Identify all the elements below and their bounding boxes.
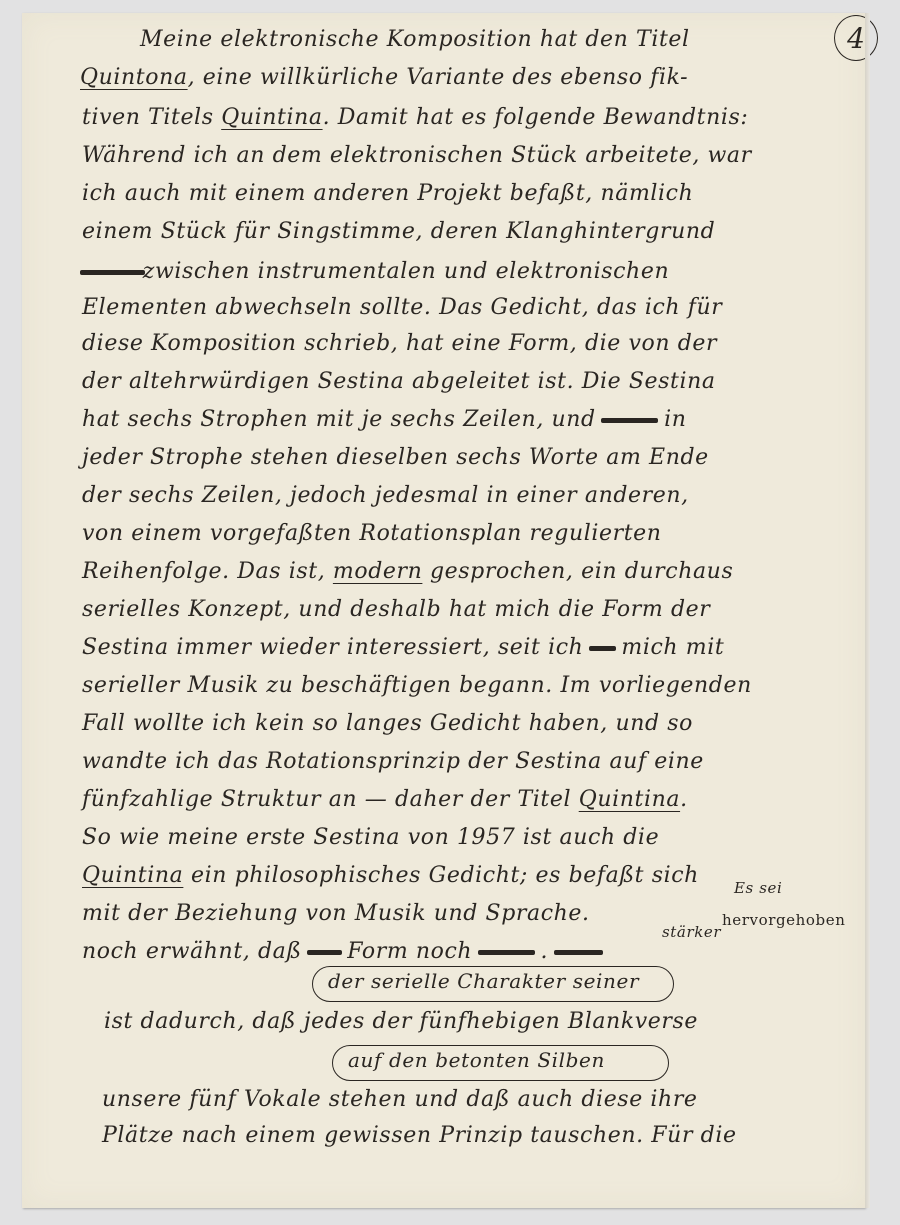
text-line: Quintina ein philosophisches Gedicht; es…: [82, 863, 699, 888]
text-line: Während ich an dem elektronischen Stück …: [82, 143, 752, 168]
struck-word: [603, 407, 656, 432]
insertion-loop-text: der serielle Charakter seiner: [328, 969, 639, 993]
text-line: fünfzahlige Struktur an — daher der Tite…: [82, 787, 688, 812]
text-line: Sestina immer wieder interessiert, seit …: [82, 635, 724, 660]
text-line-rest: , eine willkürliche Variante des ebenso …: [188, 65, 689, 90]
text-line: So wie meine erste Sestina von 1957 ist …: [82, 825, 659, 850]
text-line: Plätze nach einem gewissen Prinzip tausc…: [102, 1123, 737, 1148]
struck-word: [309, 939, 339, 964]
text-span: noch erwähnt, daß: [82, 939, 309, 964]
text-span: zwischen instrumentalen und elektronisch…: [143, 259, 669, 284]
text-line: Elementen abwechseln sollte. Das Gedicht…: [82, 295, 722, 320]
title-quintina: Quintina: [221, 105, 322, 130]
text-line: der sechs Zeilen, jedoch jedesmal in ein…: [82, 483, 689, 508]
text-span: Sestina immer wieder interessiert, seit …: [82, 635, 591, 660]
text-span: . Damit hat es folgende Bewandtnis:: [323, 105, 749, 130]
manuscript-page: 4 Meine elektronische Komposition hat de…: [22, 13, 865, 1208]
text-line: noch erwähnt, daß Form noch .: [82, 939, 601, 964]
text-line: jeder Strophe stehen dieselben sechs Wor…: [82, 445, 709, 470]
text-line: ich auch mit einem anderen Projekt befaß…: [82, 181, 693, 206]
text-line: mit der Beziehung von Musik und Sprache.: [82, 901, 590, 926]
text-line: von einem vorgefaßten Rotationsplan regu…: [82, 521, 662, 546]
title-quintina: Quintina: [82, 863, 183, 888]
text-span: Reihenfolge. Das ist,: [82, 559, 333, 584]
struck-word: [82, 259, 143, 284]
text-line: zwischen instrumentalen und elektronisch…: [82, 259, 669, 284]
text-line: Reihenfolge. Das ist, modern gesprochen,…: [82, 559, 733, 584]
text-line: Fall wollte ich kein so langes Gedicht h…: [82, 711, 693, 736]
title-quintona: Quintona: [80, 65, 188, 90]
text-line: wandte ich das Rotationsprinzip der Sest…: [82, 749, 704, 774]
insertion-loop-text: auf den betonten Silben: [348, 1048, 605, 1072]
text-line: serieller Musik zu beschäftigen begann. …: [82, 673, 752, 698]
struck-word: [480, 939, 533, 964]
text-span: .: [680, 787, 688, 812]
text-span: hat sechs Strophen mit je sechs Zeilen, …: [82, 407, 603, 432]
text-span: ein philosophisches Gedicht; es befaßt s…: [183, 863, 699, 888]
insertion-es-sei: Es sei: [734, 879, 782, 897]
text-line: der altehrwürdigen Sestina abgeleitet is…: [82, 369, 716, 394]
text-span: in: [656, 407, 686, 432]
text-line: unsere fünf Vokale stehen und daß auch d…: [102, 1087, 698, 1112]
text-line: hat sechs Strophen mit je sechs Zeilen, …: [82, 407, 686, 432]
text-span: fünfzahlige Struktur an — daher der Tite…: [82, 787, 579, 812]
title-quintina: Quintina: [579, 787, 680, 812]
insertion-hervorgehoben: hervorgehoben: [722, 911, 846, 929]
text-span: .: [533, 939, 556, 964]
struck-word: [556, 939, 602, 964]
text-span: Form noch: [340, 939, 480, 964]
struck-word: [591, 635, 614, 660]
text-span: gesprochen, ein durchaus: [422, 559, 733, 584]
text-line: diese Komposition schrieb, hat eine Form…: [82, 331, 717, 356]
text-span: mich mit: [614, 635, 725, 660]
text-line: serielles Konzept, und deshalb hat mich …: [82, 597, 710, 622]
page-edge: [865, 13, 870, 1208]
text-line: tiven Titels Quintina. Damit hat es folg…: [82, 105, 748, 130]
text-line: Meine elektronische Komposition hat den …: [140, 27, 690, 52]
text-line: einem Stück für Singstimme, deren Klangh…: [82, 219, 715, 244]
text-span: tiven Titels: [82, 105, 221, 130]
underlined-word: modern: [333, 559, 423, 584]
page-number-circle: 4: [834, 15, 878, 61]
text-line: Quintona, eine willkürliche Variante des…: [80, 65, 688, 90]
text-line: ist dadurch, daß jedes der fünfhebigen B…: [104, 1009, 698, 1034]
insertion-starker: stärker: [662, 923, 721, 941]
